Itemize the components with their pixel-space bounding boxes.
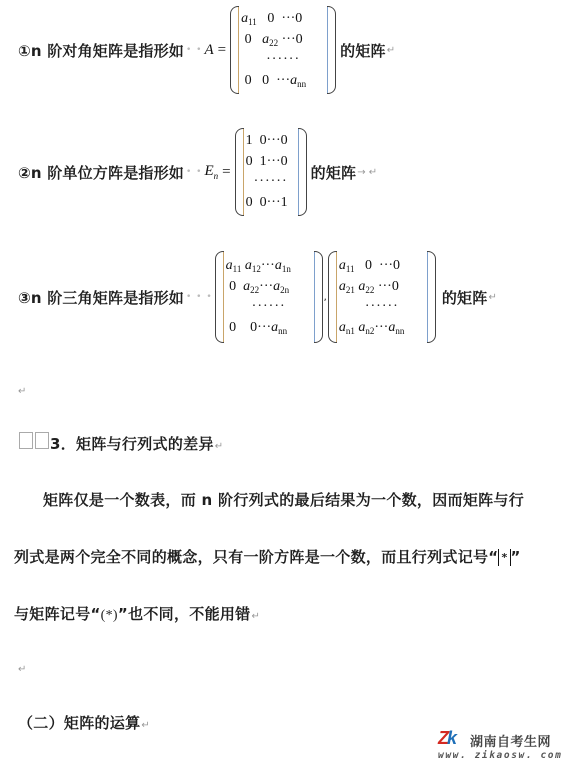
identity-matrix-definition: ②n 阶单位方阵是指形如 • • En = 1 0···0 0 1···0 ··… — [18, 126, 377, 218]
closing-quote: ” — [511, 548, 521, 566]
missing-glyph-box — [35, 432, 49, 449]
item-3-suffix: 的矩阵 — [442, 287, 488, 308]
matrix-notation: (*) — [101, 608, 118, 623]
matrix-row: an1 an2···ann — [339, 318, 425, 339]
empty-paragraph-mark: ↵ — [18, 664, 26, 675]
right-paren — [314, 251, 323, 343]
left-paren — [328, 251, 337, 343]
section-3-title: 3．矩阵与行列式的差异 — [50, 435, 214, 453]
determinant-notation: * — [498, 549, 510, 566]
section-3-heading: 3．矩阵与行列式的差异↵ — [19, 432, 223, 454]
paragraph-line-2-text: 列式是两个完全不同的概念，只有一阶方阵是一个数，而且行列式记号“ — [14, 548, 498, 566]
item-2-suffix: 的矩阵 — [311, 162, 357, 183]
comma-separator: , — [324, 292, 327, 303]
paragraph-mark: ↵ — [141, 720, 150, 731]
matrix-row: a11 a12···a1n — [226, 256, 312, 277]
missing-glyph-box — [19, 432, 33, 449]
matrix-row: a21 a22 ···0 — [339, 277, 425, 298]
diagonal-matrix: a11 0 ···0 0 a22 ···0 ······ 0 0 ···ann — [230, 6, 336, 94]
item-1-suffix: 的矩阵 — [340, 40, 386, 61]
matrix-symbol-e: En — [205, 163, 219, 181]
matrix-row-ellipsis: ······ — [226, 297, 312, 318]
right-paren — [298, 128, 307, 216]
paragraph-mark: ↵ — [215, 441, 224, 452]
upper-triangular-matrix: a11 a12···a1n 0 a22···a2n ······ 0 0···a… — [215, 251, 323, 343]
paragraph-line-1: 矩阵仅是一个数表，而 n 阶行列式的最后结果为一个数，因而矩阵与行 — [43, 489, 524, 510]
identity-matrix: 1 0···0 0 1···0 ······ 0 0···1 — [235, 128, 307, 216]
left-paren — [235, 128, 244, 216]
triangular-matrix-definition: ③n 阶三角矩阵是指形如 • • • a11 a12···a1n 0 a22··… — [18, 250, 497, 344]
matrix-row: 0 0···1 — [246, 193, 296, 214]
empty-paragraph-mark: ↵ — [18, 386, 26, 397]
equals-sign: = — [222, 164, 230, 181]
site-logo-watermark: Zk 湖南自考生网 www. zikaosw. com — [438, 728, 566, 764]
matrix-row-ellipsis: ······ — [339, 297, 425, 318]
paragraph-line-2: 列式是两个完全不同的概念，只有一阶方阵是一个数，而且行列式记号“*” — [14, 546, 521, 567]
section-2-heading: （二）矩阵的运算↵ — [18, 712, 150, 733]
paragraph-line-3-text: 与矩阵记号“ — [14, 605, 101, 623]
paragraph-line-3: 与矩阵记号“(*)”也不同，不能用错↵ — [14, 603, 260, 624]
logo-url: www. zikaosw. com — [438, 750, 562, 761]
dot-marks: • • — [186, 167, 202, 177]
paragraph-mark: ↵ — [488, 292, 496, 303]
paragraph-line-3-end: ”也不同，不能用错 — [118, 605, 251, 623]
dot-marks: • • — [186, 45, 202, 55]
diagonal-matrix-definition: ①n 阶对角矩阵是指形如 • • A = a11 0 ···0 0 a22 ··… — [18, 4, 395, 96]
logo-site-name: 湖南自考生网 — [470, 731, 551, 750]
dot-marks: • • • — [186, 292, 213, 302]
paragraph-mark: ↵ — [387, 45, 395, 56]
section-2-title: （二）矩阵的运算 — [18, 714, 140, 732]
paragraph-mark: ↵ — [251, 611, 260, 622]
equals-sign: = — [218, 42, 226, 59]
right-paren — [327, 6, 336, 94]
matrix-symbol-a: A — [205, 42, 214, 59]
matrix-row-ellipsis: ······ — [246, 172, 296, 193]
matrix-row-ellipsis: ······ — [241, 50, 325, 71]
matrix-row: a11 0 ···0 — [241, 9, 325, 30]
matrix-row: 1 0···0 — [246, 131, 296, 152]
matrix-row: 0 a22 ···0 — [241, 30, 325, 51]
missing-glyph-boxes — [19, 432, 49, 449]
paragraph-mark: → ↵ — [357, 167, 377, 178]
item-3-text: ③n 阶三角矩阵是指形如 — [18, 287, 184, 308]
matrix-row: 0 a22···a2n — [226, 277, 312, 298]
right-paren — [427, 251, 436, 343]
left-paren — [230, 6, 239, 94]
zk-logo-icon: Zk — [438, 728, 455, 749]
matrix-row: 0 1···0 — [246, 152, 296, 173]
item-1-text: ①n 阶对角矩阵是指形如 — [18, 40, 184, 61]
lower-triangular-matrix: a11 0 ···0 a21 a22 ···0 ······ an1 an2··… — [328, 251, 436, 343]
matrix-row: a11 0 ···0 — [339, 256, 425, 277]
item-2-text: ②n 阶单位方阵是指形如 — [18, 162, 184, 183]
left-paren — [215, 251, 224, 343]
matrix-row: 0 0···ann — [226, 318, 312, 339]
matrix-row: 0 0 ···ann — [241, 71, 325, 92]
